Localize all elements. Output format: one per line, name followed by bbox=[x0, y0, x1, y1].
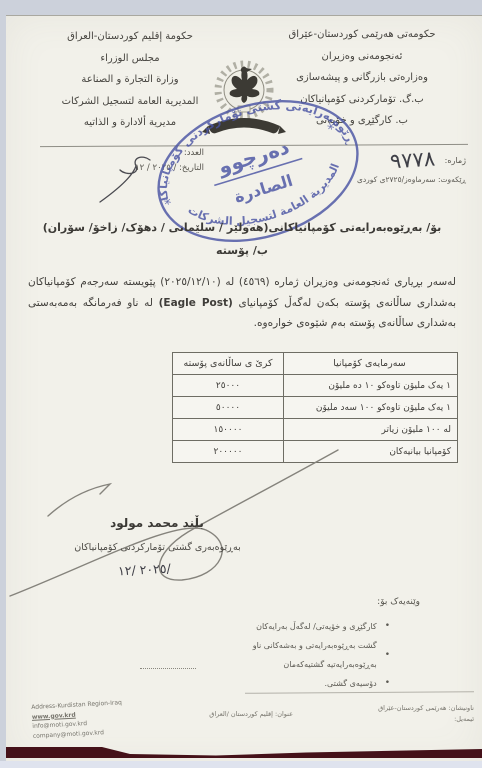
subject-re-line: ب/ پۆستە bbox=[28, 244, 456, 257]
footer-address-ku: ناونیشان: هەرێمی کوردستان-عێراق bbox=[324, 703, 474, 714]
footer-email-label: ئیمەیل: bbox=[324, 714, 474, 725]
capital-cell: ١ یەک ملیۆن تاوەکو ١٠٠ سەد ملیۆن bbox=[283, 397, 457, 418]
bullet-icon: • bbox=[385, 646, 390, 665]
copy-item-text: دۆسیەی گشتی. bbox=[324, 674, 376, 693]
company-name: (Eagle Post) bbox=[159, 297, 233, 309]
copy-item: • گشت بەڕێوەبەرایەتی و بەشەکانی ناو بەڕێ… bbox=[140, 636, 390, 674]
copy-item: • دۆسیەی گشتی. bbox=[140, 674, 390, 693]
date-label: ڕێکەوت: bbox=[438, 175, 466, 184]
dotted-leader bbox=[140, 667, 196, 669]
copy-item-text: گشت بەڕێوەبەرایەتی و بەشەکانی ناو بەڕێوە… bbox=[200, 636, 376, 674]
footer-maroon-bar bbox=[6, 744, 482, 761]
capital-cell: ١ یەک ملیۆن تاوەکو ١٠ دە ملیۆن bbox=[283, 375, 457, 396]
header-kurdish-line: حکومەتی هەرێمی کوردستان-عێراق bbox=[256, 24, 468, 46]
copy-item: • کارگێڕی و خۆیەتی/ لەگەڵ بەرایەکان bbox=[140, 617, 390, 636]
copies-heading: وێنەیەک بۆ: bbox=[377, 597, 420, 607]
number-label: ژمارە: bbox=[445, 156, 466, 165]
capital-cell: لە ١٠٠ ملیۆن زیاتر bbox=[283, 419, 457, 440]
table-header-row: سەرمایەی کۆمپانیا کرێ ی ساڵانەی پۆستە bbox=[173, 353, 457, 374]
signature-date: ٢٠٢٥ /١٢/ bbox=[118, 561, 171, 579]
copy-item-text: کارگێڕی و خۆیەتی/ لەگەڵ بەرایەکان bbox=[256, 617, 377, 636]
table-row: لە ١٠٠ ملیۆن زیاتر ١٥٠٠٠٠ bbox=[173, 418, 457, 440]
stamp-word-bottom: الصادرة bbox=[232, 171, 295, 207]
signatory-title: بەڕێوەبەری گشتی تۆمارکردنی کۆمپانیاکان bbox=[20, 542, 295, 553]
scanned-letter: حکومەتی هەرێمی کوردستان-عێراق ئەنجومەنی … bbox=[0, 0, 482, 768]
body-paragraph: لەسەر بڕیاری ئەنجومەنی وەزیران ژماره (٤٥… bbox=[28, 272, 456, 334]
fee-cell: ٥٠٠٠٠ bbox=[173, 397, 283, 418]
table-row: ١ یەک ملیۆن تاوەکو ١٠٠ سەد ملیۆن ٥٠٠٠٠ bbox=[173, 396, 457, 418]
copies-list: • کارگێڕی و خۆیەتی/ لەگەڵ بەرایەکان • گش… bbox=[140, 617, 390, 693]
table-header-fee: کرێ ی ساڵانەی پۆستە bbox=[173, 353, 283, 374]
table-row: ١ یەک ملیۆن تاوەکو ١٠ دە ملیۆن ٢٥٠٠٠ bbox=[173, 374, 457, 396]
bullet-icon: • bbox=[385, 674, 390, 693]
footer-arabic-address: عنوان: إقليم كوردستان /العراق bbox=[198, 710, 293, 718]
fee-cell: ١٥٠٠٠٠ bbox=[173, 419, 283, 440]
signatory-name: بڵند محمد مولود bbox=[77, 516, 237, 530]
handwritten-number: ٩٧٧٨ bbox=[389, 146, 436, 173]
scan-edge-strip bbox=[0, 761, 482, 768]
bullet-icon: • bbox=[385, 617, 390, 636]
table-header-capital: سەرمایەی کۆمپانیا bbox=[283, 353, 457, 374]
fee-cell: ٢٥٠٠٠ bbox=[173, 375, 283, 396]
footer-kurdish: ناونیشان: هەرێمی کوردستان-عێراق ئیمەیل: bbox=[324, 703, 474, 725]
footer-english: Address-Kurdistan Region-Iraq www.gov.kr… bbox=[31, 695, 183, 741]
header-arabic-line: حكومة إقليم كوردستان-العراق bbox=[24, 26, 236, 48]
subject-to-line: بۆ/ بەڕێوەبەرایەتی کۆمپانیاکانی(هەولێر /… bbox=[28, 221, 456, 234]
